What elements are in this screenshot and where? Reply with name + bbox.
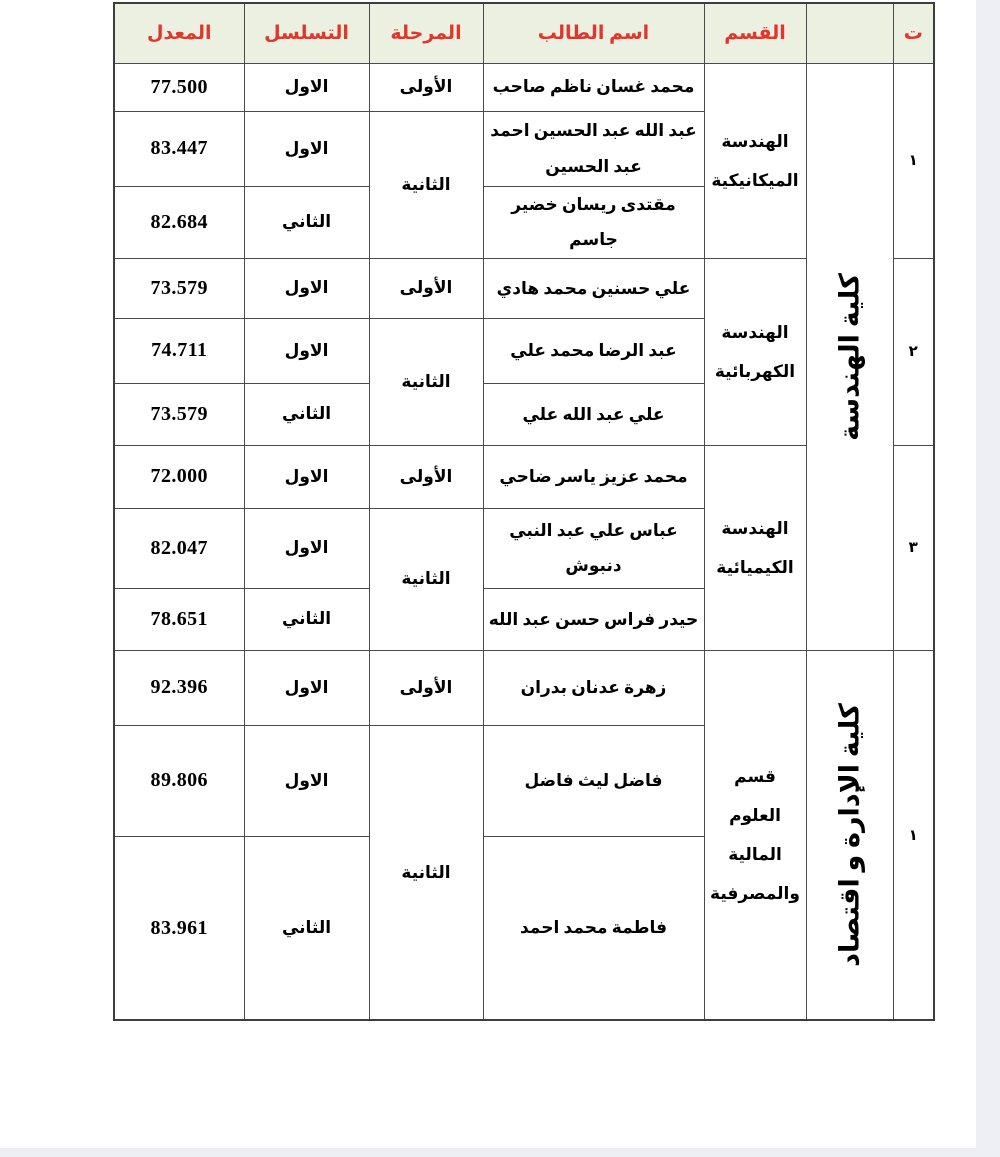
serial-cell: ١ (893, 63, 934, 258)
header-average: المعدل (114, 3, 244, 63)
average-cell: 73.579 (114, 383, 244, 445)
sequence-cell: الاول (244, 318, 369, 383)
student-results-table: ت القسم اسم الطالب المرحلة التسلسل المعد… (113, 2, 935, 1021)
student-name-cell: محمد غسان ناظم صاحب (483, 63, 704, 111)
sequence-cell: الاول (244, 258, 369, 318)
average-cell: 72.000 (114, 445, 244, 508)
stage-cell: الثانية (369, 318, 483, 445)
department-cell: الهندسة الميكانيكية (704, 63, 806, 258)
stage-cell: الثانية (369, 508, 483, 650)
serial-cell: ١ (893, 650, 934, 1020)
header-stage: المرحلة (369, 3, 483, 63)
stage-cell: الأولى (369, 63, 483, 111)
sequence-cell: الاول (244, 650, 369, 725)
sequence-cell: الاول (244, 725, 369, 836)
student-name-cell: عبد الرضا محمد علي (483, 318, 704, 383)
sequence-cell: الثاني (244, 836, 369, 1020)
college-label-engineering: كلية الهندسة (834, 273, 865, 441)
average-cell: 78.651 (114, 588, 244, 650)
page-edge-bottom (0, 1148, 1000, 1157)
serial-cell: ٢ (893, 258, 934, 445)
department-cell: قسم العلوم المالية والمصرفية (704, 650, 806, 1020)
sequence-cell: الاول (244, 445, 369, 508)
student-name-cell: حيدر فراس حسن عبد الله (483, 588, 704, 650)
sequence-cell: الاول (244, 508, 369, 588)
sequence-cell: الثاني (244, 588, 369, 650)
student-name-cell: عباس علي عبد النبي دنبوش (483, 508, 704, 588)
sequence-cell: الثاني (244, 186, 369, 258)
stage-cell: الثانية (369, 725, 483, 1020)
department-cell: الهندسة الكهربائية (704, 258, 806, 445)
serial-cell: ٣ (893, 445, 934, 650)
average-cell: 82.684 (114, 186, 244, 258)
header-college (806, 3, 893, 63)
sequence-cell: الثاني (244, 383, 369, 445)
average-cell: 77.500 (114, 63, 244, 111)
student-name-cell: فاضل ليث فاضل (483, 725, 704, 836)
college-cell: كلية الهندسة (806, 63, 893, 650)
stage-cell: الأولى (369, 650, 483, 725)
average-cell: 83.961 (114, 836, 244, 1020)
average-cell: 74.711 (114, 318, 244, 383)
page-edge-right (976, 0, 1000, 1157)
header-department: القسم (704, 3, 806, 63)
header-serial: ت (893, 3, 934, 63)
college-cell: كلية الإدارة و اقتصاد (806, 650, 893, 1020)
stage-cell: الثانية (369, 111, 483, 258)
stage-cell: الأولى (369, 445, 483, 508)
sequence-cell: الاول (244, 111, 369, 186)
header-student-name: اسم الطالب (483, 3, 704, 63)
average-cell: 83.447 (114, 111, 244, 186)
header-row: ت القسم اسم الطالب المرحلة التسلسل المعد… (114, 3, 934, 63)
stage-cell: الأولى (369, 258, 483, 318)
header-sequence: التسلسل (244, 3, 369, 63)
average-cell: 89.806 (114, 725, 244, 836)
student-name-cell: علي عبد الله علي (483, 383, 704, 445)
student-name-cell: فاطمة محمد احمد (483, 836, 704, 1020)
table-row: ١ كلية الإدارة و اقتصاد قسم العلوم المال… (114, 650, 934, 725)
document-page: ت القسم اسم الطالب المرحلة التسلسل المعد… (0, 0, 1000, 1157)
sequence-cell: الاول (244, 63, 369, 111)
student-name-cell: علي حسنين محمد هادي (483, 258, 704, 318)
average-cell: 82.047 (114, 508, 244, 588)
student-name-cell: محمد عزيز ياسر ضاحي (483, 445, 704, 508)
college-label-economics: كلية الإدارة و اقتصاد (834, 703, 865, 967)
average-cell: 92.396 (114, 650, 244, 725)
table-row: ١ كلية الهندسة الهندسة الميكانيكية محمد … (114, 63, 934, 111)
student-name-cell: مقتدى ريسان خضير جاسم (483, 186, 704, 258)
student-name-cell: عبد الله عبد الحسين احمد عبد الحسين (483, 111, 704, 186)
average-cell: 73.579 (114, 258, 244, 318)
student-name-cell: زهرة عدنان بدران (483, 650, 704, 725)
department-cell: الهندسة الكيميائية (704, 445, 806, 650)
